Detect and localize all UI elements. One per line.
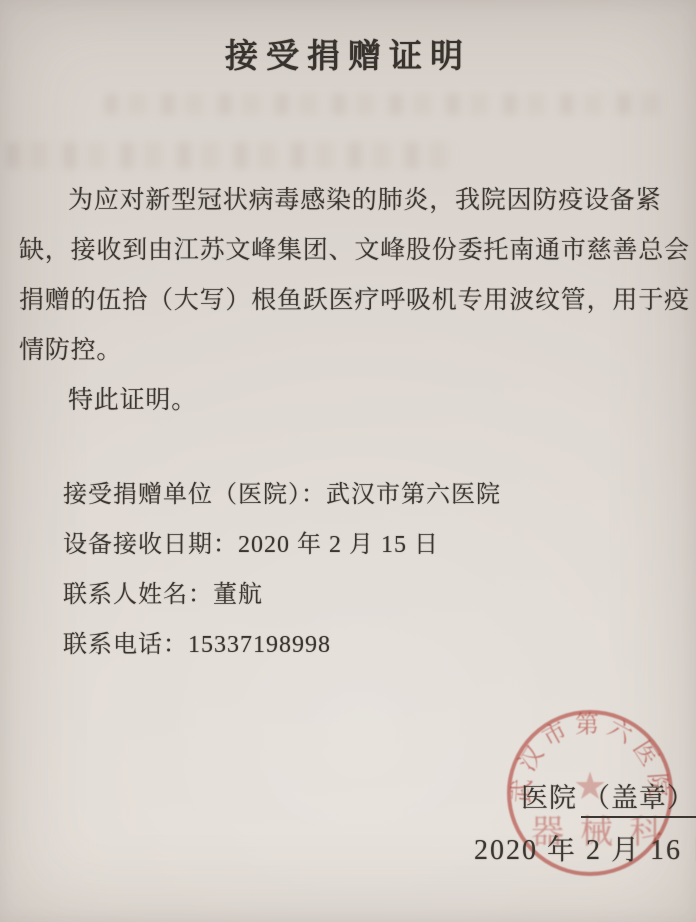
ink-bleedthrough-row-1 bbox=[104, 93, 664, 115]
detail-row-recipient: 接受捐赠单位（医院）：武汉市第六医院 bbox=[63, 470, 501, 520]
recipient-label: 接受捐赠单位（医院）： bbox=[63, 482, 326, 508]
contact-phone-value: 15337198998 bbox=[188, 632, 331, 658]
certificate-photo: 接受捐赠证明 为应对新型冠状病毒感染的肺炎，我院因防疫设备紧 缺，接收到由江苏文… bbox=[0, 0, 696, 922]
hospital-stamp-caption: 医院（盖章） bbox=[521, 776, 696, 818]
body-paragraph: 为应对新型冠状病毒感染的肺炎，我院因防疫设备紧 缺，接收到由江苏文峰集团、文峰股… bbox=[19, 176, 689, 426]
receive-date-value: 2020 年 2 月 15 日 bbox=[238, 532, 439, 558]
detail-row-contact-name: 联系人姓名：董航 bbox=[63, 570, 501, 620]
body-line: 捐赠的伍拾（大写）根鱼跃医疗呼吸机专用波纹管，用于疫 bbox=[19, 276, 689, 326]
recipient-value: 武汉市第六医院 bbox=[326, 482, 501, 508]
document-title: 接受捐赠证明 bbox=[0, 30, 696, 77]
body-line: 为应对新型冠状病毒感染的肺炎，我院因防疫设备紧 bbox=[19, 176, 689, 226]
signature-date: 2020 年 2 月 16 日 bbox=[474, 828, 696, 868]
ink-bleedthrough-row-2 bbox=[6, 142, 458, 169]
body-line: 缺，接收到由江苏文峰集团、文峰股份委托南通市慈善总会 bbox=[19, 226, 689, 276]
detail-row-receive-date: 设备接收日期：2020 年 2 月 15 日 bbox=[63, 520, 501, 570]
stamp-seal-hint: （盖章） bbox=[581, 776, 696, 818]
contact-name-value: 董航 bbox=[213, 582, 263, 608]
closing-statement: 特此证明。 bbox=[19, 376, 689, 426]
stamp-unit-label: 医院 bbox=[521, 783, 577, 813]
contact-phone-label: 联系电话： bbox=[63, 632, 188, 658]
detail-row-contact-phone: 联系电话：15337198998 bbox=[63, 620, 501, 670]
receive-date-label: 设备接收日期： bbox=[63, 532, 238, 558]
detail-fields: 接受捐赠单位（医院）：武汉市第六医院 设备接收日期：2020 年 2 月 15 … bbox=[63, 470, 501, 670]
contact-name-label: 联系人姓名： bbox=[63, 582, 213, 608]
body-line: 情防控。 bbox=[19, 326, 689, 376]
